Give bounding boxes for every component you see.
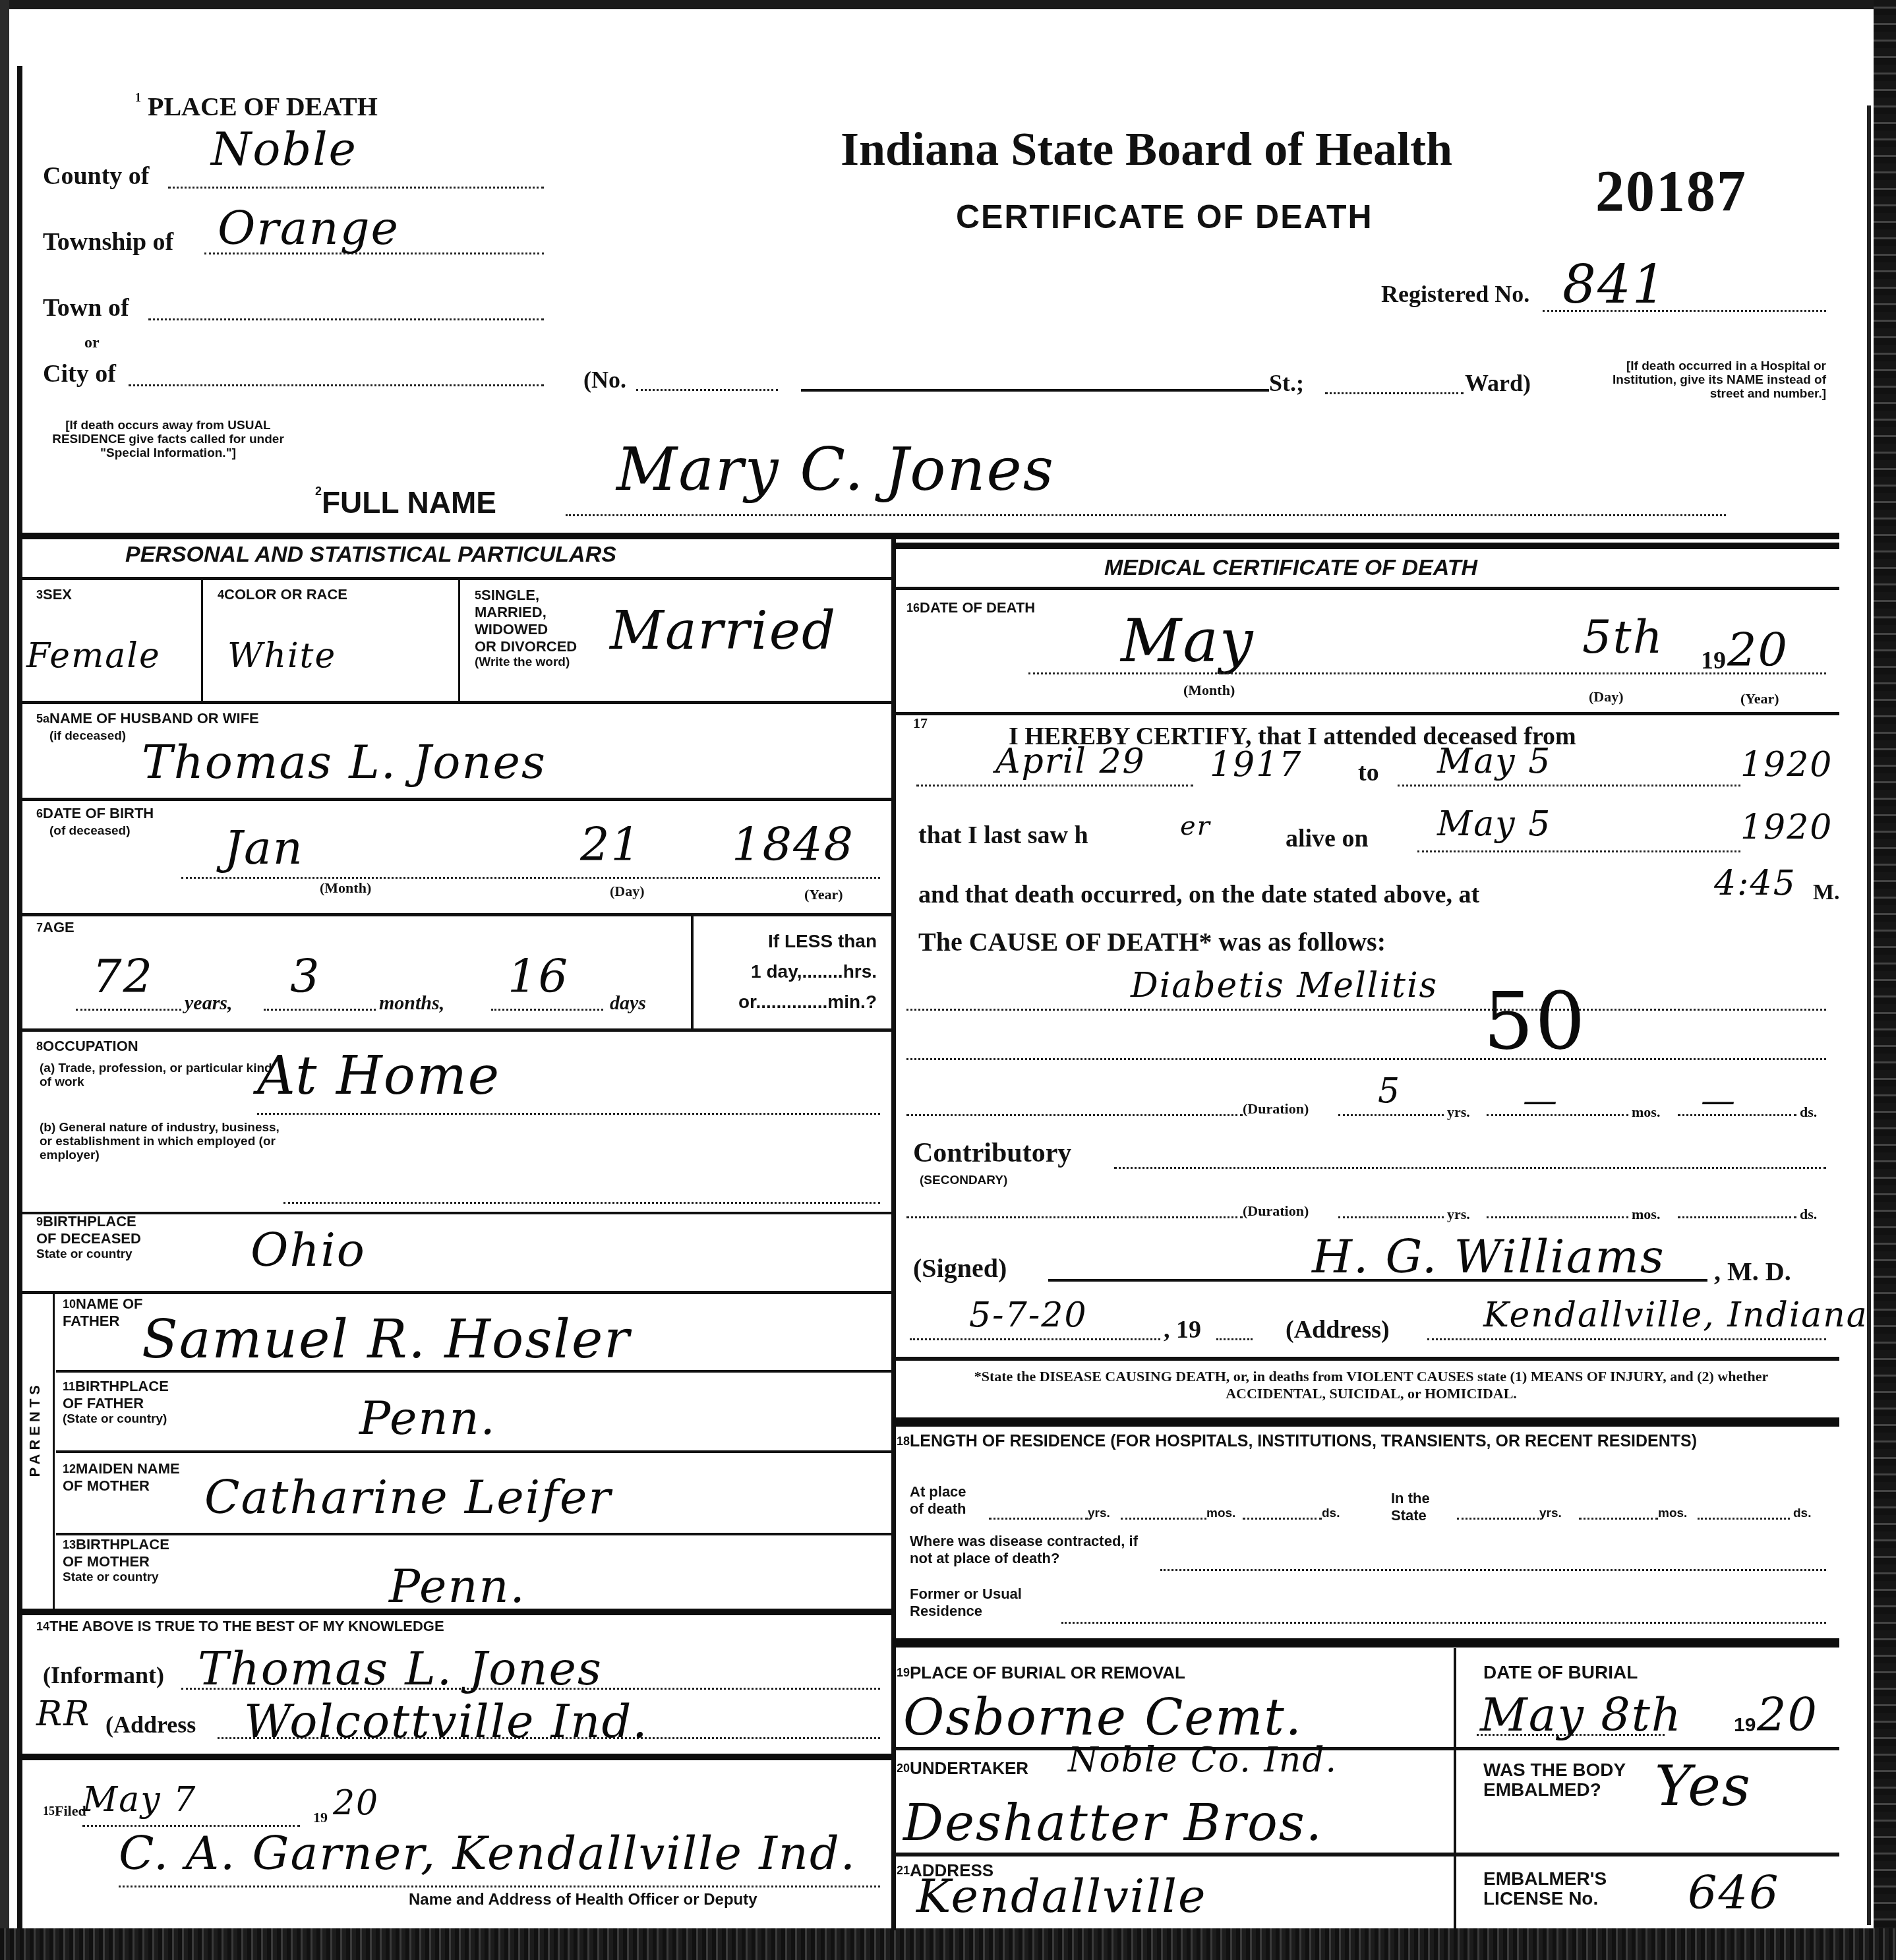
row-divider xyxy=(893,1638,1839,1648)
burial-place-label: 19PLACE OF BURIAL OR REMOVAL xyxy=(897,1665,1185,1680)
death-year-field[interactable]: 20 xyxy=(1727,623,1789,677)
date-of-death-label: 16DATE OF DEATH xyxy=(906,600,1035,616)
spouse-hint: (if deceased) xyxy=(49,729,126,743)
signed-date-line xyxy=(910,1338,1160,1340)
parents-divider xyxy=(53,1292,55,1609)
former-residence-field[interactable] xyxy=(1061,1622,1826,1624)
occupation-a-line xyxy=(257,1113,880,1115)
health-officer-field[interactable]: C. A. Garner, Kendallville Ind. xyxy=(119,1826,856,1880)
burial-date-label: DATE OF BURIAL xyxy=(1483,1665,1638,1680)
days-caption: days xyxy=(610,992,646,1015)
informant-statement: 14THE ABOVE IS TRUE TO THE BEST OF MY KN… xyxy=(36,1618,444,1634)
age-years-field[interactable]: 72 xyxy=(92,949,154,1003)
in-state-ds: ds. xyxy=(1793,1506,1811,1520)
county-line xyxy=(168,187,544,189)
last-saw-line xyxy=(1417,850,1740,852)
attended-to-line xyxy=(1398,785,1740,787)
agency-title: Indiana State Board of Health xyxy=(841,122,1452,177)
contrib-months-field[interactable] xyxy=(1487,1216,1628,1218)
ward-label: Ward) xyxy=(1465,369,1531,397)
burial-date-line xyxy=(1477,1734,1665,1736)
occupation-b-field[interactable] xyxy=(283,1202,880,1204)
informant-address-field[interactable]: Wolcottville Ind. xyxy=(244,1694,649,1748)
filed-year-prefix: 19 xyxy=(313,1810,328,1826)
contracted-field[interactable] xyxy=(1160,1569,1826,1571)
row-divider xyxy=(20,701,891,704)
form-title: CERTIFICATE OF DEATH xyxy=(956,198,1373,236)
at-place-months-field[interactable] xyxy=(1121,1518,1206,1520)
spouse-name-field[interactable]: Thomas L. Jones xyxy=(142,735,547,789)
month-caption: (Month) xyxy=(320,880,371,896)
birthplace-field[interactable]: Ohio xyxy=(251,1223,366,1277)
signed-year-field[interactable] xyxy=(1216,1338,1253,1340)
city-label: City of xyxy=(43,359,116,388)
at-place-days-field[interactable] xyxy=(1243,1518,1322,1520)
age-months-field[interactable]: 3 xyxy=(290,949,321,1003)
cell-divider xyxy=(1454,1648,1456,1928)
row-divider xyxy=(20,1291,891,1294)
county-field[interactable]: Noble xyxy=(211,122,357,176)
rr-mark: RR xyxy=(36,1694,90,1734)
secondary-label: (SECONDARY) xyxy=(920,1173,1007,1187)
cause-line-2 xyxy=(906,1058,1826,1060)
or-label: or xyxy=(84,334,100,352)
dob-day-field[interactable]: 21 xyxy=(580,817,641,872)
months-caption: months, xyxy=(379,992,444,1015)
certify-num: 17 xyxy=(913,715,928,731)
row-divider xyxy=(20,1028,891,1032)
parents-label: PARENTS xyxy=(26,1381,44,1477)
dob-month-field[interactable]: Jan xyxy=(224,821,304,875)
in-state-mos: mos. xyxy=(1658,1506,1687,1520)
death-year-caption: (Year) xyxy=(1740,691,1779,707)
attended-from-year-field[interactable]: 1917 xyxy=(1210,745,1302,785)
contrib-days-field[interactable] xyxy=(1678,1216,1796,1218)
row-divider xyxy=(893,587,1839,590)
informant-address-label: (Address xyxy=(105,1711,196,1738)
town-field[interactable] xyxy=(148,318,544,320)
in-state-days-field[interactable] xyxy=(1698,1518,1790,1520)
duration-years-line xyxy=(1338,1114,1444,1116)
in-state-label: In the State xyxy=(1391,1490,1457,1524)
certificate-number: 20187 xyxy=(1595,158,1747,225)
row-divider xyxy=(893,1357,1839,1361)
township-field[interactable]: Orange xyxy=(218,201,400,255)
cause-line-3 xyxy=(906,1114,1243,1116)
county-label: County of xyxy=(43,162,150,191)
death-day-field[interactable]: 5th xyxy=(1582,610,1664,664)
scan-edge-bottom xyxy=(0,1928,1896,1960)
street-no-label: (No. xyxy=(583,366,626,394)
last-saw-pronoun-field[interactable]: er xyxy=(1180,811,1211,841)
race-field[interactable]: White xyxy=(227,636,336,676)
filed-date-field[interactable]: May 7 xyxy=(82,1780,196,1820)
full-name-line xyxy=(566,514,1726,516)
cause-of-death-text: The CAUSE OF DEATH* was as follows: xyxy=(918,926,1386,957)
row-divider xyxy=(20,577,891,580)
row-divider xyxy=(893,1853,1839,1856)
mother-maiden-label: 12MAIDEN NAME OF MOTHER xyxy=(63,1460,180,1495)
death-day-caption: (Day) xyxy=(1589,689,1624,705)
last-saw-date-field[interactable]: May 5 xyxy=(1437,804,1551,844)
at-place-yrs: yrs. xyxy=(1088,1506,1110,1520)
signed-date-field[interactable]: 5-7-20 xyxy=(969,1295,1087,1335)
last-saw-text: that I last saw h xyxy=(918,821,1088,850)
section-divider xyxy=(20,533,1839,539)
occupation-a-hint: (a) Trade, profession, or particular kin… xyxy=(40,1061,283,1089)
duration-months-field[interactable]: — xyxy=(1523,1081,1558,1121)
row-divider xyxy=(893,1417,1839,1427)
duration-days-line xyxy=(1678,1114,1796,1116)
in-state-yrs: yrs. xyxy=(1539,1506,1562,1520)
death-time-field[interactable]: 4:45 xyxy=(1714,864,1796,903)
street-label: St.; xyxy=(1269,369,1304,397)
cause-of-death-field[interactable]: Diabetis Mellitis xyxy=(1131,966,1438,1005)
ds-label: ds. xyxy=(1800,1104,1817,1120)
mos-label: mos. xyxy=(1632,1104,1660,1120)
ward-field[interactable] xyxy=(1325,392,1464,394)
undertaker-address-field[interactable]: Kendallville xyxy=(916,1869,1206,1923)
yrs-label: yrs. xyxy=(1447,1104,1470,1120)
father-name-label: 10NAME OF FATHER xyxy=(63,1295,142,1330)
cell-divider xyxy=(201,579,203,701)
row-divider xyxy=(56,1450,891,1453)
license-field[interactable]: 646 xyxy=(1688,1866,1780,1920)
at-place-label: At place of death xyxy=(910,1483,982,1518)
scan-edge-top xyxy=(0,0,1896,9)
row-divider xyxy=(56,1533,891,1535)
row-divider xyxy=(20,1609,891,1615)
last-saw-year-field[interactable]: 1920 xyxy=(1740,808,1833,847)
age-years-line xyxy=(76,1009,181,1011)
attended-from-field[interactable]: April 29 xyxy=(995,742,1146,781)
cell-divider xyxy=(458,579,460,701)
row-divider xyxy=(893,1747,1839,1750)
physician-address-field[interactable]: Kendallville, Indiana xyxy=(1483,1295,1868,1335)
sex-field[interactable]: Female xyxy=(26,636,161,676)
cause-line-1 xyxy=(906,1009,1826,1011)
occupation-label: 8OCCUPATION xyxy=(36,1038,138,1054)
physician-signature-field[interactable]: H. G. Williams xyxy=(1312,1230,1665,1284)
undertaker-label: 20UNDERTAKER xyxy=(897,1760,1028,1776)
death-month-field[interactable]: May xyxy=(1121,607,1255,676)
day-caption: (Day) xyxy=(610,883,645,899)
registered-no-label: Registered No. xyxy=(1381,280,1529,308)
death-time-suffix: M. xyxy=(1813,880,1840,905)
alive-on-text: alive on xyxy=(1286,824,1369,853)
occupation-b-hint: (b) General nature of industry, business… xyxy=(40,1121,283,1162)
contrib-years-field[interactable] xyxy=(1338,1216,1444,1218)
birthplace-label: 9BIRTHPLACE OF DECEASED State or country xyxy=(36,1213,141,1261)
personal-section-heading: PERSONAL AND STATISTICAL PARTICULARS xyxy=(125,542,616,568)
year-caption: (Year) xyxy=(804,887,843,903)
row-divider xyxy=(893,712,1839,715)
dob-hint: (of deceased) xyxy=(49,824,130,838)
filed-label: 15Filed xyxy=(43,1803,86,1819)
embalmed-field[interactable]: Yes xyxy=(1655,1754,1752,1818)
marital-status-field[interactable]: Married xyxy=(610,600,837,661)
contributory-field[interactable] xyxy=(1114,1167,1826,1169)
full-name-field[interactable]: Mary C. Jones xyxy=(616,435,1055,504)
mother-birthplace-field[interactable]: Penn. xyxy=(389,1559,526,1613)
place-of-death-heading: 1 PLACE OF DEATH xyxy=(135,91,378,122)
attended-to-field[interactable]: May 5 xyxy=(1437,742,1551,781)
license-label: EMBALMER'S LICENSE No. xyxy=(1483,1869,1628,1909)
age-months-line xyxy=(264,1009,376,1011)
father-birthplace-label: 11BIRTHPLACE OF FATHER (State or country… xyxy=(63,1378,169,1426)
years-caption: years, xyxy=(185,992,232,1015)
health-officer-line xyxy=(119,1886,880,1887)
scan-edge-right xyxy=(1874,0,1896,1960)
row-divider xyxy=(56,1370,891,1373)
md-label: , M. D. xyxy=(1714,1256,1791,1287)
row-divider xyxy=(20,1212,891,1214)
residence-heading: 18LENGTH OF RESIDENCE (FOR HOSPITALS, IN… xyxy=(897,1432,1820,1450)
undertaker-field[interactable]: Deshatter Bros. xyxy=(903,1793,1323,1852)
duration-days-field[interactable]: — xyxy=(1701,1081,1736,1121)
duration-years-field[interactable]: 5 xyxy=(1378,1071,1401,1111)
signed-year-label: , 19 xyxy=(1164,1315,1201,1344)
dob-year-field[interactable]: 1848 xyxy=(732,817,854,872)
township-label: Township of xyxy=(43,227,173,256)
occupation-field[interactable]: At Home xyxy=(257,1045,500,1106)
street-no-field[interactable] xyxy=(636,389,778,391)
medical-section-heading: MEDICAL CERTIFICATE OF DEATH xyxy=(1104,555,1477,581)
row-divider xyxy=(20,913,891,916)
informant-label: (Informant) xyxy=(43,1661,164,1689)
scan-edge-left xyxy=(0,0,9,1960)
embalmed-label: WAS THE BODY EMBALMED? xyxy=(1483,1760,1628,1800)
mother-birthplace-label: 13BIRTHPLACE OF MOTHER State or country xyxy=(63,1536,169,1584)
signed-label: (Signed) xyxy=(913,1253,1007,1284)
registered-no-field[interactable]: 841 xyxy=(1562,254,1667,315)
burial-year-field[interactable]: 20 xyxy=(1757,1688,1818,1742)
contrib-mos-label: mos. xyxy=(1632,1206,1660,1222)
marital-label: 5SINGLE, MARRIED, WIDOWED OR DIVORCED (W… xyxy=(475,587,577,669)
age-label: 7AGE xyxy=(36,920,74,935)
dob-label: 6DATE OF BIRTH xyxy=(36,806,154,821)
duration-label: (Duration) xyxy=(1243,1101,1309,1117)
form-border-right xyxy=(1867,105,1871,1925)
age-days-line xyxy=(491,1009,603,1011)
undertaker-location-field[interactable]: Noble Co. Ind. xyxy=(1068,1740,1338,1780)
health-officer-caption: Name and Address of Health Officer or De… xyxy=(409,1892,757,1908)
form-border-left xyxy=(17,66,22,1932)
mother-maiden-field[interactable]: Catharine Leifer xyxy=(204,1470,612,1524)
former-residence-label: Former or Usual Residence xyxy=(910,1586,1061,1620)
burial-place-field[interactable]: Osborne Cemt. xyxy=(903,1688,1303,1746)
city-field[interactable] xyxy=(129,384,544,386)
sex-label: 3SEX xyxy=(36,587,72,603)
death-month-caption: (Month) xyxy=(1183,682,1235,698)
race-label: 4COLOR OR RACE xyxy=(218,587,347,603)
in-state-years-field[interactable] xyxy=(1457,1518,1539,1520)
contracted-label: Where was disease contracted, if not at … xyxy=(910,1533,1160,1567)
row-divider xyxy=(893,543,1839,549)
informant-field[interactable]: Thomas L. Jones xyxy=(198,1642,603,1696)
contrib-ds-label: ds. xyxy=(1800,1206,1817,1222)
contributory-duration-label: (Duration) xyxy=(1243,1203,1309,1219)
contributory-label: Contributory xyxy=(913,1137,1071,1169)
cause-footnote: *State the DISEASE CAUSING DEATH, or, in… xyxy=(923,1368,1820,1402)
row-divider xyxy=(20,798,891,801)
physician-address-line xyxy=(1427,1338,1826,1340)
full-name-label: 2FULL NAME xyxy=(315,485,496,520)
cell-divider xyxy=(691,916,694,1028)
hospital-note: [If death occurred in a Hospital or Inst… xyxy=(1582,359,1826,401)
at-place-ds: ds. xyxy=(1322,1506,1340,1520)
town-label: Town of xyxy=(43,293,129,322)
father-birthplace-field[interactable]: Penn. xyxy=(359,1391,496,1445)
father-name-field[interactable]: Samuel R. Hosler xyxy=(142,1309,631,1370)
less-than-day-box[interactable]: If LESS than 1 day,........hrs. or......… xyxy=(709,926,877,1017)
to-label: to xyxy=(1358,758,1379,787)
attended-from-line xyxy=(916,785,1193,787)
physician-address-label: (Address) xyxy=(1286,1315,1390,1344)
contributory-line-2 xyxy=(906,1216,1243,1218)
contrib-yrs-label: yrs. xyxy=(1447,1206,1470,1222)
row-divider xyxy=(20,1754,891,1760)
cause-code: 50 xyxy=(1483,976,1587,1067)
death-year-prefix: 19 xyxy=(1701,646,1726,675)
column-divider xyxy=(891,539,896,1930)
at-place-mos: mos. xyxy=(1206,1506,1235,1520)
attended-to-year-field[interactable]: 1920 xyxy=(1740,745,1833,785)
in-state-months-field[interactable] xyxy=(1579,1518,1658,1520)
spouse-label: 5aNAME OF HUSBAND OR WIFE xyxy=(36,711,259,727)
burial-year-prefix: 19 xyxy=(1734,1714,1756,1737)
filed-year-field[interactable]: 20 xyxy=(333,1783,379,1823)
street-field[interactable] xyxy=(801,389,1269,392)
age-days-field[interactable]: 16 xyxy=(508,949,569,1003)
death-time-text: and that death occurred, on the date sta… xyxy=(918,880,1479,909)
residence-note: [If death occurs away from USUAL RESIDEN… xyxy=(49,419,287,460)
dob-line xyxy=(181,877,880,879)
at-place-years-field[interactable] xyxy=(989,1518,1088,1520)
